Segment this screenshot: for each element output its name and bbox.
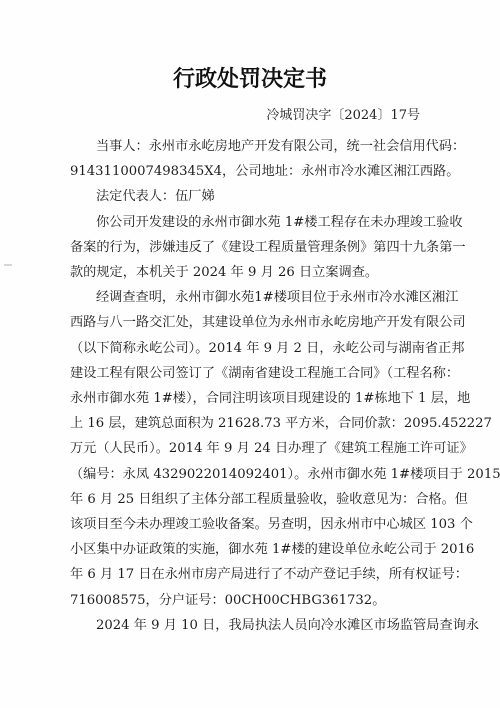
investigation-paragraph-line: 万元（人民币）。2014 年 9 月 24 日办理了《建筑工程施工许可证》	[70, 436, 422, 461]
investigation-paragraph-line: 永州市御水苑 1#楼），合同注明该项目现建设的 1#栋地下 1 层，地	[70, 386, 422, 411]
document-title: 行政处罚决定书	[0, 62, 500, 93]
investigation-paragraph-line: 上 16 层，建筑总面积为 21628.73 平方米，合同价款：2095.452…	[70, 411, 422, 436]
party-address-line: 9143110007498345X4，公司地址：永州市冷水滩区湘江西路。	[70, 159, 422, 184]
investigation-paragraph-line: 716008575，分户证号：00CH00CHBG361732。	[70, 588, 422, 613]
document-number: 冷城罚决字〔2024〕17号	[266, 104, 420, 123]
investigation-paragraph-line: （编号：永凤 4329022014092401）。永州市御水苑 1#楼项目于 2…	[70, 462, 422, 487]
scan-artifact	[4, 264, 12, 266]
party-line: 当事人：永州市永屹房地产开发有限公司，统一社会信用代码：	[70, 134, 422, 159]
investigation-paragraph-line: 该项目至今未办理竣工验收备案。另查明，因永州市中心城区 103 个	[70, 512, 422, 537]
investigation-paragraph-line: 年 6 月 25 日组织了主体分部工程质量验收，验收意见为：合格。但	[70, 487, 422, 512]
document-body: 当事人：永州市永屹房地产开发有限公司，统一社会信用代码： 91431100074…	[70, 134, 422, 638]
inquiry-paragraph-line: 2024 年 9 月 10 日，我局执法人员向冷水滩区市场监管局查询永	[70, 613, 422, 638]
investigation-paragraph-line: 建设工程有限公司签订了《湖南省建设工程施工合同》（工程名称：	[70, 361, 422, 386]
investigation-paragraph-line: 年 6 月 17 日在永州市房产局进行了不动产登记手续，所有权证号：	[70, 562, 422, 587]
violation-paragraph-line: 你公司开发建设的永州市御水苑 1#楼工程存在未办理竣工验收	[70, 210, 422, 235]
investigation-paragraph-line: 西路与八一路交汇处，其建设单位为永州市永屹房地产开发有限公司	[70, 310, 422, 335]
investigation-paragraph-line: 小区集中办证政策的实施，御水苑 1#楼的建设单位永屹公司于 2016	[70, 537, 422, 562]
legal-representative-line: 法定代表人：伍厂娣	[70, 184, 422, 209]
violation-paragraph-line: 款的规定，本机关于 2024 年 9 月 26 日立案调查。	[70, 260, 422, 285]
investigation-paragraph-line: 经调查查明，永州市御水苑1#楼项目位于永州市冷水滩区湘江	[70, 285, 422, 310]
document-page: 行政处罚决定书 冷城罚决字〔2024〕17号 当事人：永州市永屹房地产开发有限公…	[0, 0, 500, 708]
violation-paragraph-line: 备案的行为，涉嫌违反了《建设工程质量管理条例》第四十九条第一	[70, 235, 422, 260]
investigation-paragraph-line: （以下简称永屹公司）。2014 年 9 月 2 日，永屹公司与湖南省正邦	[70, 336, 422, 361]
